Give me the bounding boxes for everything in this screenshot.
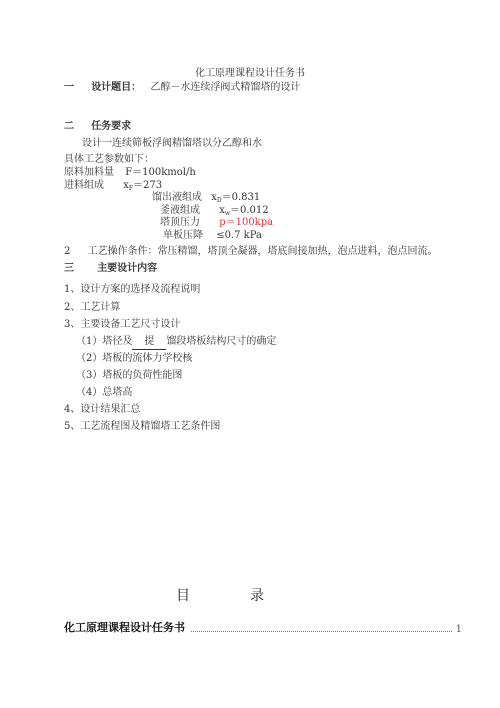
section-1-heading: 一 设计题目： 乙醇－水连续浮阀式精馏塔的设计 xyxy=(64,81,300,95)
toc-entry-page: 1 xyxy=(456,624,462,635)
bottoms-label: 釜液组成 xyxy=(160,205,200,216)
design-subitem-3: （3）塔板的负荷性能图 xyxy=(76,369,182,383)
section-1-number: 一 xyxy=(64,82,74,93)
plate-drop-label: 单板压降 xyxy=(163,230,203,241)
design-subitem-1: （1）塔径及提馏段塔板结构尺寸的确定 xyxy=(76,335,276,350)
toc-entry[interactable]: 化工原理课程设计任务书 1 xyxy=(64,619,462,635)
section-3-label: 主要设计内容 xyxy=(97,263,157,274)
document-page: 化工原理课程设计任务书 一 设计题目： 乙醇－水连续浮阀式精馏塔的设计 二 任务… xyxy=(0,0,500,708)
operating-text: 工艺操作条件：常压精馏，塔顶全凝器，塔底间接加热，泡点进料，泡点回流。 xyxy=(88,246,438,257)
bottoms-value: ＝0.012 xyxy=(230,205,269,216)
task-description: 设计一连续筛板浮阀精馏塔以分乙醇和水 xyxy=(82,137,262,151)
subitem-1-prefix: （1）塔径及 xyxy=(76,336,132,347)
section-3-number: 三 xyxy=(64,263,74,274)
params-intro: 具体工艺参数如下： xyxy=(64,153,154,167)
feed-rate-label: 原料加料量 xyxy=(64,167,114,178)
design-subitem-2: （2）塔板的流体力学校核 xyxy=(76,352,192,366)
section-3-heading: 三 主要设计内容 xyxy=(64,262,157,276)
top-pressure-value: p＝100kpa xyxy=(219,217,273,228)
top-pressure-row: 塔顶压力 p＝100kpa xyxy=(160,216,273,230)
toc-leader-dots xyxy=(191,630,452,632)
subitem-1-fill: 提 xyxy=(132,335,166,350)
feed-comp-value: ＝273 xyxy=(133,180,162,191)
section-2-heading: 二 任务要求 xyxy=(64,120,131,134)
operating-number: 2 xyxy=(64,246,70,257)
design-subitem-4: （4）总塔高 xyxy=(76,386,132,400)
design-item-2: 2、工艺计算 xyxy=(64,301,120,315)
section-2-label: 任务要求 xyxy=(91,121,131,132)
plate-drop-row: 单板压降 ≤0.7 kPa xyxy=(163,229,262,243)
operating-conditions: 2 工艺操作条件：常压精馏，塔顶全凝器，塔底间接加热，泡点进料，泡点回流。 xyxy=(64,245,438,259)
distillate-value: ＝0.831 xyxy=(222,192,261,203)
feed-comp-label: 进料组成 xyxy=(64,180,104,191)
feed-comp-row: 进料组成 xF＝273 xyxy=(64,179,162,193)
feed-rate-row: 原料加料量 F＝100kmol/h xyxy=(64,166,196,180)
section-2-number: 二 xyxy=(64,121,74,132)
design-item-1: 1、设计方案的选择及流程说明 xyxy=(64,283,200,297)
design-item-3: 3、主要设备工艺尺寸设计 xyxy=(64,318,180,332)
distillate-label: 馏出液组成 xyxy=(152,192,202,203)
design-item-5: 5、工艺流程图及精馏塔工艺条件图 xyxy=(64,420,220,434)
toc-entry-label[interactable]: 化工原理课程设计任务书 xyxy=(64,619,185,635)
distillate-row: 馏出液组成 xD＝0.831 xyxy=(152,191,260,205)
section-1-label: 设计题目： xyxy=(91,82,141,93)
subitem-1-suffix: 馏段塔板结构尺寸的确定 xyxy=(166,336,276,347)
feed-rate-value: F＝100kmol/h xyxy=(125,167,196,178)
document-title: 化工原理课程设计任务书 xyxy=(0,67,500,81)
top-pressure-label: 塔顶压力 xyxy=(160,217,200,228)
toc-title: 目录 xyxy=(0,585,500,605)
design-item-4: 4、设计结果汇总 xyxy=(64,403,140,417)
section-1-value: 乙醇－水连续浮阀式精馏塔的设计 xyxy=(150,82,300,93)
plate-drop-value: ≤0.7 kPa xyxy=(216,230,262,241)
